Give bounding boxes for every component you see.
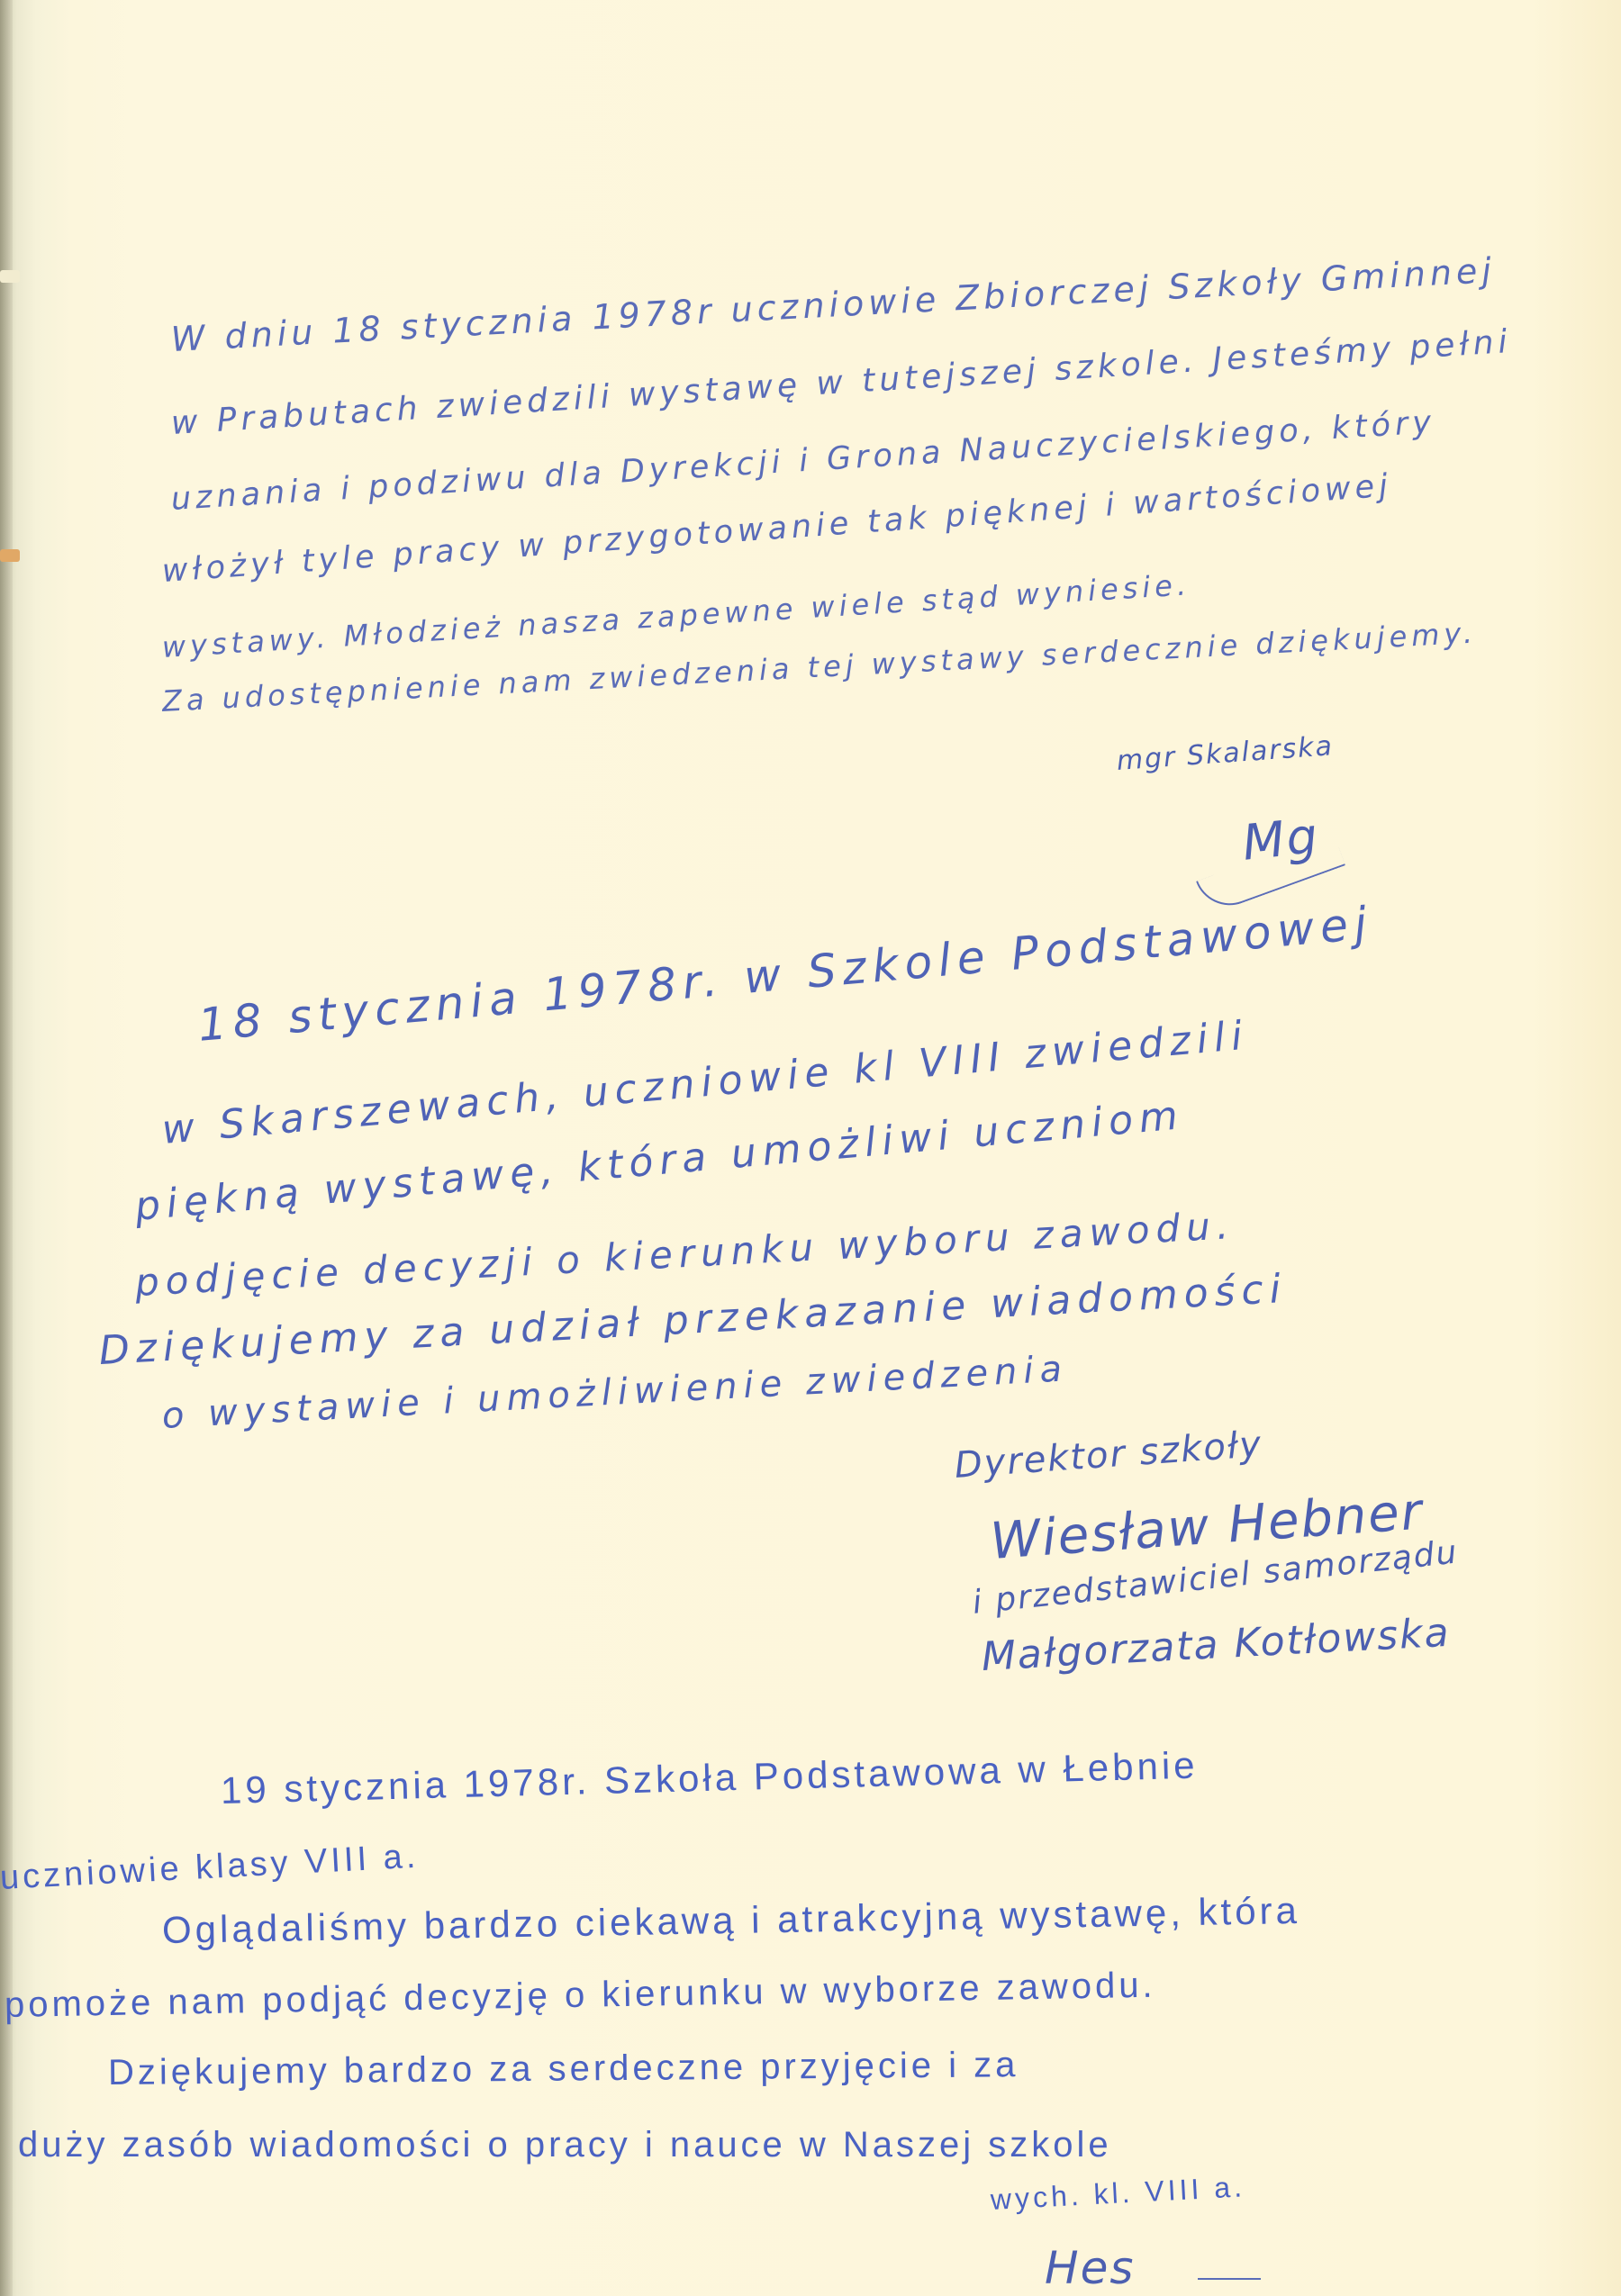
paper-tear-mark xyxy=(0,270,20,283)
entry-3-line-5: Dziękujemy bardzo za serdeczne przyjęcie… xyxy=(108,2045,1019,2093)
paper-tape-mark xyxy=(0,549,20,562)
entry-3-signature-dash xyxy=(1198,2278,1261,2280)
book-spine-shadow xyxy=(0,0,13,2296)
entry-3-signature-mark: Hes xyxy=(1045,2242,1135,2294)
entry-3-line-6: duży zasób wiadomości o pracy i nauce w … xyxy=(18,2125,1112,2165)
